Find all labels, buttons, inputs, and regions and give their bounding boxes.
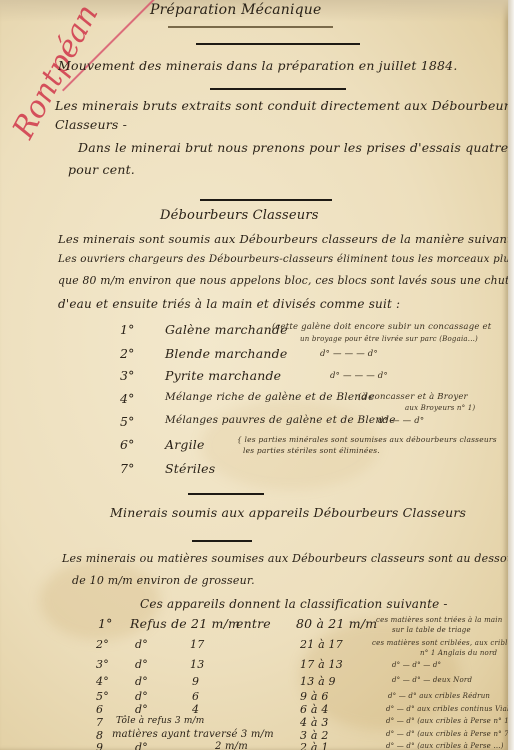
subtitle: Mouvement des minerais dans la préparati…	[58, 58, 458, 73]
item-name: Pyrite marchande	[165, 368, 281, 383]
item-name: Mélanges pauvres de galène et de Blende	[165, 414, 396, 426]
row-range: 13 à 9	[300, 675, 336, 688]
divider-rule	[188, 493, 264, 495]
item-note: (cette galène doit encore subir un conca…	[272, 322, 491, 332]
row-destination: d° — d° — d°	[392, 661, 441, 669]
row-size: 13	[190, 658, 204, 671]
row-label: Tôle à refus 3 m/m	[116, 716, 205, 726]
item-note: d° — — — d°	[320, 349, 378, 359]
row-number: 5°	[96, 690, 109, 703]
row-label: matières ayant traversé 3 m/m	[112, 729, 274, 740]
row-number: 9	[96, 741, 103, 750]
divider-rule	[192, 540, 252, 542]
row-range: 6 à 4	[300, 703, 329, 716]
row-number: 3°	[96, 658, 109, 671]
item-number: 1°	[120, 322, 135, 337]
page-edge	[508, 0, 514, 750]
row-range: 17 à 13	[300, 658, 343, 671]
item-name: Argile	[165, 437, 205, 452]
row-number: 1°	[98, 616, 113, 631]
row-range: 9 à 6	[300, 690, 329, 703]
divider-rule	[210, 88, 346, 90]
page-title: Préparation Mécanique	[150, 2, 322, 18]
title-underline	[168, 26, 333, 28]
row-size: entre	[236, 616, 271, 631]
classification-intro: Ces appareils donnent la classification …	[140, 597, 448, 611]
row-number: 4°	[96, 675, 109, 688]
row-label: d°	[135, 690, 148, 703]
paragraph-line: que 80 m/m environ que nous appelons blo…	[58, 274, 508, 287]
intro-line: Classeurs -	[55, 117, 127, 132]
divider-rule	[200, 199, 332, 201]
item-number: 2°	[120, 346, 135, 361]
intro-line: pour cent.	[68, 162, 135, 177]
section-heading: Minerais soumis aux appareils Débourbeur…	[110, 505, 466, 520]
section-heading: Débourbeurs Classeurs	[160, 208, 319, 223]
paragraph-line: Les minerais sont soumis aux Débourbeurs…	[58, 232, 508, 246]
row-size: 2 m/m	[215, 741, 248, 750]
row-label: d°	[135, 638, 148, 651]
intro-line: Les minerais bruts extraits sont conduit…	[55, 98, 508, 113]
intro-line: Dans le minerai brut nous prenons pour l…	[78, 140, 508, 155]
item-note: un broyage pour être livrée sur parc (Bo…	[300, 335, 478, 343]
row-destination: d° — d° — deux Nord	[392, 676, 472, 684]
row-range: 2 à 1	[300, 741, 329, 750]
row-number: 7	[96, 716, 103, 729]
row-destination: ces matières sont triées à la main	[376, 616, 502, 624]
item-number: 6°	[120, 437, 135, 452]
row-size: 17	[190, 638, 204, 651]
row-range: 21 à 17	[300, 638, 343, 651]
item-note: les parties stériles sont éliminées.	[243, 446, 380, 455]
item-note: (à concasser et à Broyer	[358, 392, 468, 402]
item-note: { les parties minérales sont soumises au…	[237, 435, 497, 444]
row-range: 80 à 21 m/m	[296, 616, 377, 631]
item-number: 3°	[120, 368, 135, 383]
divider-rule	[196, 43, 360, 45]
row-destination: d° — d° (aux cribles à Perse n° 7.8.10 e…	[386, 730, 508, 738]
item-number: 5°	[120, 414, 135, 429]
paragraph-line: de 10 m/m environ de grosseur.	[72, 574, 255, 587]
row-destination: d° — d° (aux cribles à Perse ...)	[386, 742, 504, 750]
paragraph-line: d'eau et ensuite triés à la main et divi…	[58, 297, 400, 311]
row-label: d°	[135, 675, 148, 688]
row-size: 6	[192, 690, 199, 703]
row-destination: d° — d° (aux cribles à Perse n° 14.15.16…	[386, 717, 508, 725]
row-destination: d° — d° aux cribles continus Vialet	[386, 705, 508, 713]
item-name: Mélange riche de galène et de Blende	[165, 391, 375, 403]
item-number: 7°	[120, 461, 135, 476]
row-size: 4	[192, 703, 199, 716]
row-destination: d° — d° aux cribles Rédrun	[388, 692, 490, 700]
row-label: d°	[135, 741, 148, 750]
item-name: Stériles	[165, 461, 215, 476]
item-name: Galène marchande	[165, 322, 288, 337]
row-number: 2°	[96, 638, 109, 651]
item-number: 4°	[120, 391, 135, 406]
item-note: d° — — d°	[378, 416, 424, 426]
row-label: Refus de 21 m/m	[130, 616, 240, 631]
row-destination: n° 1 Anglais du nord	[420, 649, 497, 657]
document-page: Rontpéan Préparation Mécanique Mouvement…	[0, 0, 508, 750]
row-range: 4 à 3	[300, 716, 329, 729]
paragraph-line: Les ouvriers chargeurs des Débourbeurs-c…	[58, 253, 508, 265]
item-name: Blende marchande	[165, 346, 287, 361]
row-label: d°	[135, 658, 148, 671]
row-label: d°	[135, 703, 148, 716]
row-destination: ces matières sont criblées, aux cribles	[372, 639, 508, 647]
paragraph-line: Les minerais ou matières soumises aux Dé…	[62, 552, 508, 565]
row-number: 6	[96, 703, 103, 716]
row-destination: sur la table de triage	[392, 626, 471, 634]
item-note: aux Broyeurs n° 1)	[405, 404, 475, 412]
row-size: 9	[192, 675, 199, 688]
item-note: d° — — — d°	[330, 371, 388, 381]
